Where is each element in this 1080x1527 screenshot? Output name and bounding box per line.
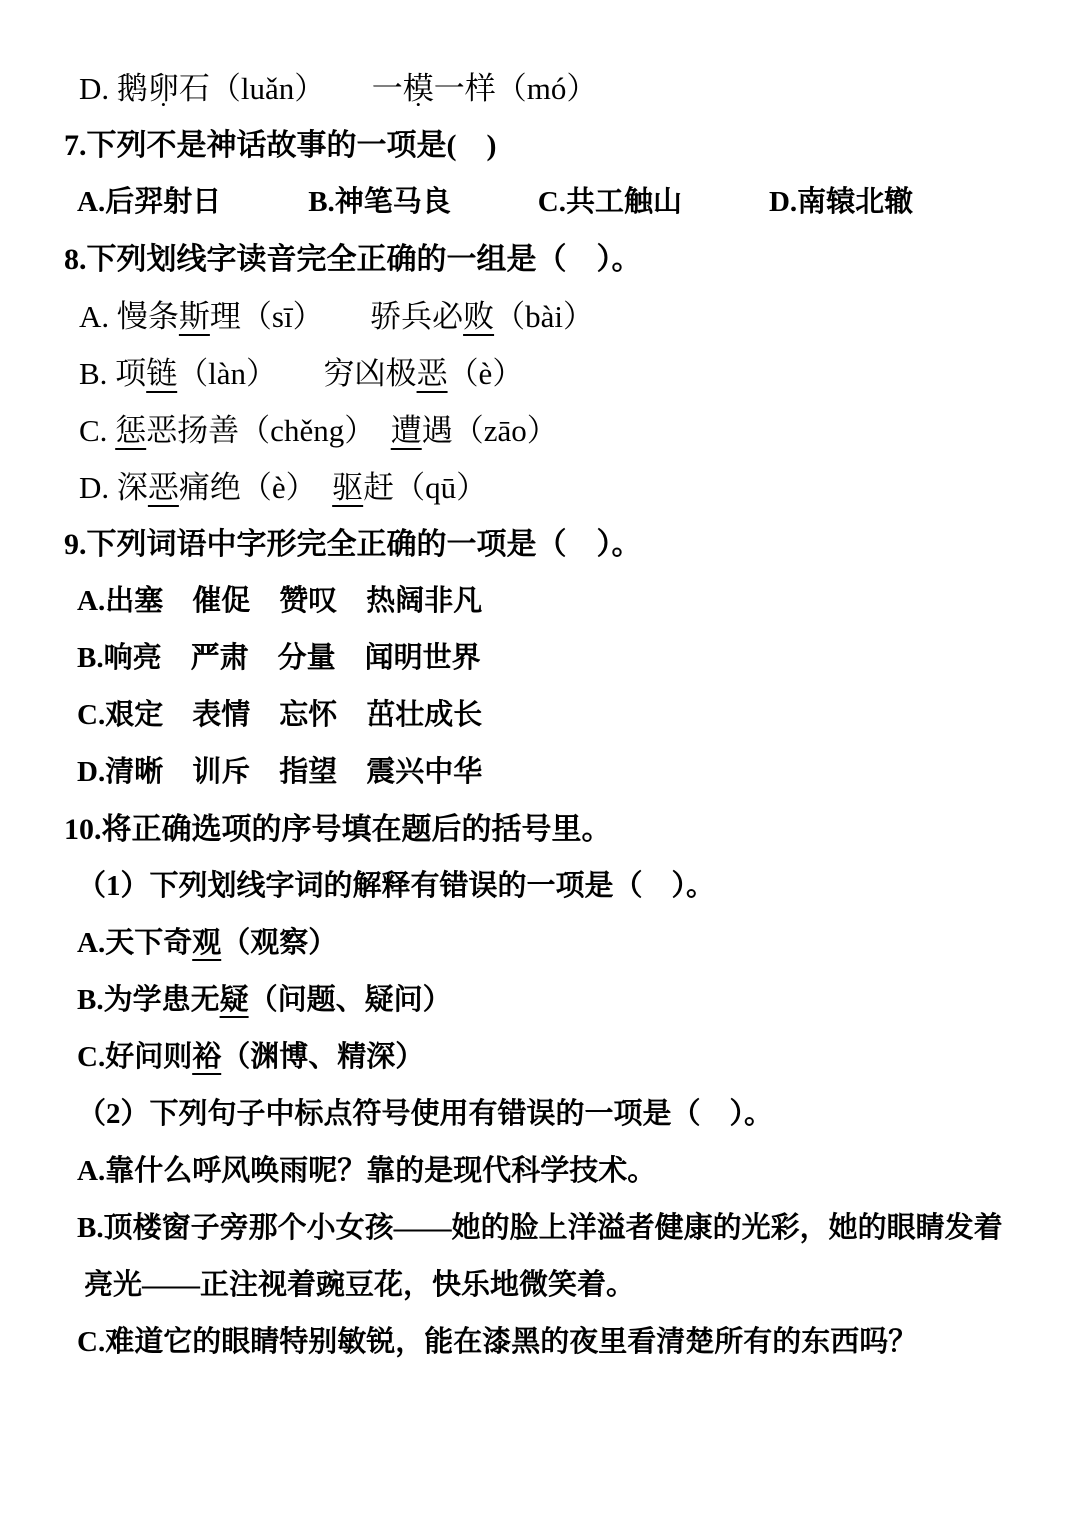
underlined-char: 驱 [332,470,363,505]
text-segment: 痛绝（è） [179,470,332,505]
text-segment: 恶扬善（chěng） [146,413,391,448]
underlined-char: 疑 [220,984,249,1016]
question-10-sub2-option-a: A.靠什么呼风唤雨呢？靠的是现代科学技术。 [0,1143,1080,1200]
text-segment: （渊博、精深） [221,1041,424,1073]
text-segment: C.难道它的眼睛特别敏锐，能在漆黑的夜里看清楚所有的东西吗？ [77,1326,917,1358]
question-10-sub2-option-b-line1: B.顶楼窗子旁那个小女孩——她的脸上洋溢者健康的光彩，她的眼睛发着 [0,1200,1080,1257]
question-8-stem: 8.下列划线字读音完全正确的一组是（ ）。 [0,231,1080,288]
question-10-sub1-option-c: C.好问则裕（渊博、精深） [0,1029,1080,1086]
question-9-stem: 9.下列词语中字形完全正确的一项是（ ）。 [0,516,1080,573]
text-segment: （2）下列句子中标点符号使用有错误的一项是（ ）。 [77,1098,773,1130]
emphasis-dot-char: 卵 [148,71,179,106]
text-segment: （è） [448,356,524,391]
text-segment: 8.下列划线字读音完全正确的一组是（ ）。 [64,243,642,276]
exam-page: D. 鹅卵石（luǎn） 一模一样（mó） 7.下列不是神话故事的一项是( ) … [0,0,1080,1527]
underlined-char: 遭 [391,413,422,448]
emphasis-dot-char: 模 [403,71,434,106]
question-10-sub1-option-b: B.为学患无疑（问题、疑问） [0,972,1080,1029]
question-8-option-a: A. 慢条斯理（sī） 骄兵必败（bài） [0,288,1080,345]
question-10-sub1-stem: （1）下列划线字词的解释有错误的一项是（ ）。 [0,858,1080,915]
text-segment: 一样（mó） [434,71,598,106]
underlined-char: 败 [463,299,494,334]
text-segment: 7.下列不是神话故事的一项是( ) [64,129,496,162]
question-9-option-b: B.响亮 严肃 分量 闻明世界 [0,630,1080,687]
question-9-option-a: A.出塞 催促 赞叹 热阔非凡 [0,573,1080,630]
text-segment: 10.将正确选项的序号填在题后的括号里。 [64,813,612,846]
text-segment: （bài） [494,299,594,334]
text-segment: 9.下列词语中字形完全正确的一项是（ ）。 [64,528,642,561]
question-10-sub2-option-c: C.难道它的眼睛特别敏锐，能在漆黑的夜里看清楚所有的东西吗？ [0,1314,1080,1371]
text-segment: （问题、疑问） [249,984,452,1016]
item6-option-d: D. 鹅卵石（luǎn） 一模一样（mó） [0,60,1080,117]
text-segment: （1）下列划线字词的解释有错误的一项是（ ）。 [77,870,715,902]
text-segment: B. 项 [79,356,146,391]
underlined-char: 恶 [148,470,179,505]
question-10-stem: 10.将正确选项的序号填在题后的括号里。 [0,801,1080,858]
text-segment: D. 鹅 [79,71,148,106]
text-segment: A.出塞 催促 赞叹 热阔非凡 [77,585,482,617]
text-segment: 赶（qū） [363,470,487,505]
text-segment: B.为学患无 [77,984,220,1016]
underlined-char: 恶 [417,356,448,391]
underlined-char: 观 [192,927,221,959]
text-segment: 遇（zāo） [422,413,558,448]
text-segment: （làn） 穷凶极 [177,356,416,391]
question-10-sub1-option-a: A.天下奇观（观察） [0,915,1080,972]
text-segment: A.靠什么呼风唤雨呢？靠的是现代科学技术。 [77,1155,656,1187]
text-segment: C.好问则 [77,1041,192,1073]
text-segment: C.艰定 表情 忘怀 茁壮成长 [77,699,482,731]
underlined-char: 惩 [115,413,146,448]
text-segment: A. 慢条 [79,299,179,334]
text-segment: C. [79,413,115,448]
text-segment: A.后羿射日 B.神笔马良 C.共工触山 D.南辕北辙 [77,186,913,218]
question-8-option-c: C. 惩恶扬善（chěng） 遭遇（zāo） [0,402,1080,459]
question-8-option-d: D. 深恶痛绝（è） 驱赶（qū） [0,459,1080,516]
underlined-char: 裕 [192,1041,221,1073]
text-segment: B.响亮 严肃 分量 闻明世界 [77,642,481,674]
text-segment: B.顶楼窗子旁那个小女孩——她的脸上洋溢者健康的光彩，她的眼睛发着 [77,1212,1003,1244]
text-segment: （观察） [221,927,337,959]
text-segment: 亮光——正注视着豌豆花，快乐地微笑着。 [84,1269,635,1301]
text-segment: D.清晰 训斥 指望 震兴中华 [77,756,482,788]
text-segment: D. 深 [79,470,148,505]
question-9-option-d: D.清晰 训斥 指望 震兴中华 [0,744,1080,801]
question-8-option-b: B. 项链（làn） 穷凶极恶（è） [0,345,1080,402]
underlined-char: 链 [146,356,177,391]
question-10-sub2-option-b-line2: 亮光——正注视着豌豆花，快乐地微笑着。 [0,1257,1080,1314]
underlined-char: 斯 [179,299,210,334]
question-9-option-c: C.艰定 表情 忘怀 茁壮成长 [0,687,1080,744]
question-7-stem: 7.下列不是神话故事的一项是( ) [0,117,1080,174]
question-7-options: A.后羿射日 B.神笔马良 C.共工触山 D.南辕北辙 [0,174,1080,231]
text-segment: 理（sī） 骄兵必 [210,299,463,334]
text-segment: 石（luǎn） 一 [179,71,403,106]
text-segment: A.天下奇 [77,927,192,959]
question-10-sub2-stem: （2）下列句子中标点符号使用有错误的一项是（ ）。 [0,1086,1080,1143]
